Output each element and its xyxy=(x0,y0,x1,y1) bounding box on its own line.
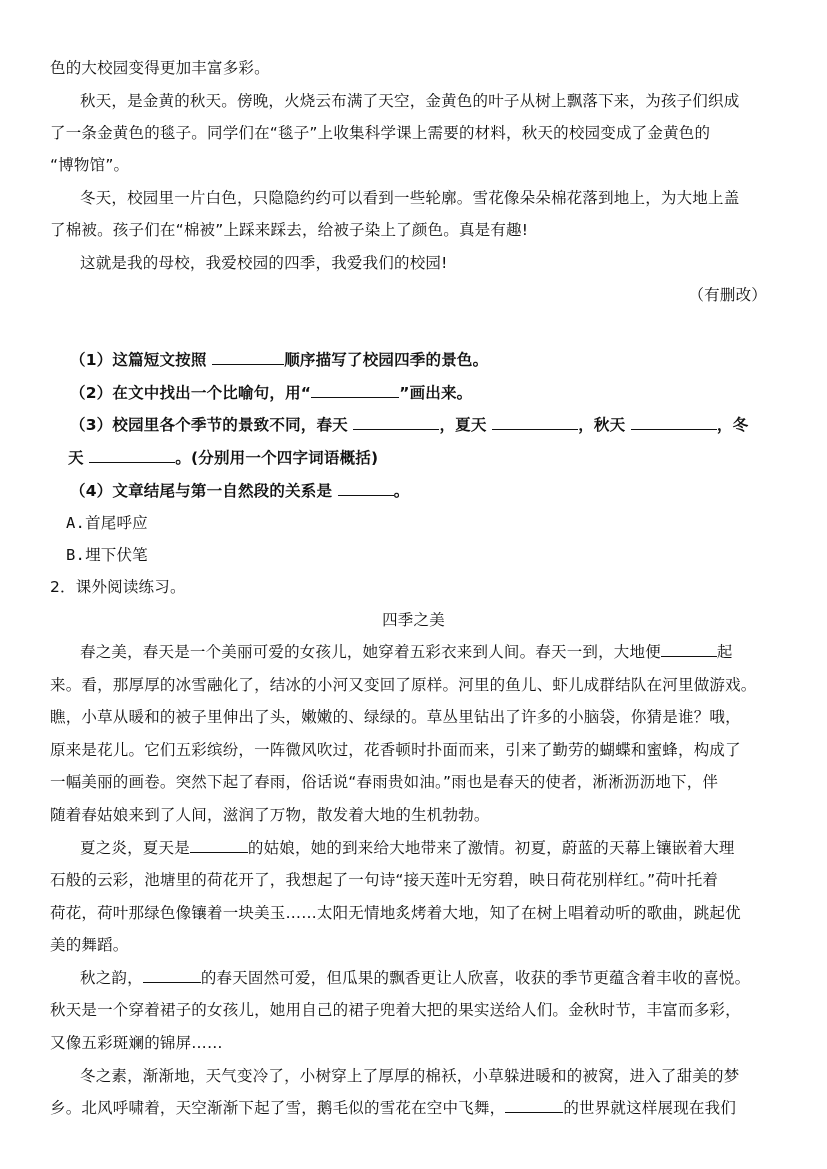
autumn-paragraph: 秋之韵，的春天固然可爱，但瓜果的飘香更让人欣喜，收获的季节更蕴含着丰收的喜悦。 xyxy=(80,968,780,988)
passage-title: 四季之美 xyxy=(0,610,827,630)
summer-paragraph: 夏之炎，夏天是的姑娘，她的到来给大地带来了激情。初夏，蔚蓝的天幕上镶嵌着大理 xyxy=(80,838,780,858)
answer-blank-summer[interactable] xyxy=(492,415,578,430)
passage-line: 了一条金黄色的毯子。同学们在“毯子”上收集科学课上需要的材料，秋天的校园变成了金… xyxy=(50,123,780,143)
question-4: （4）文章结尾与第一自然段的关系是 。 xyxy=(70,481,800,501)
question-3-cont: 天 。(分别用一个四字词语概括) xyxy=(68,448,798,468)
question-text: （2）在文中找出一个比喻句，用“ xyxy=(70,384,311,402)
option-a[interactable]: A.首尾呼应 xyxy=(66,513,796,533)
question-text: ，秋天 xyxy=(578,416,631,434)
passage-line: “博物馆”。 xyxy=(50,155,780,175)
question-text: 。 xyxy=(394,482,410,500)
passage-line: 色的大校园变得更加丰富多彩。 xyxy=(50,58,780,78)
document-page: 色的大校园变得更加丰富多彩。 秋天，是金黄的秋天。傍晚，火烧云布满了天空，金黄色… xyxy=(0,0,827,1169)
source-note: （有删改） xyxy=(688,285,767,305)
exercise-heading: 2．课外阅读练习。 xyxy=(50,577,780,597)
passage-line: 原来是花儿。它们五彩缤纷，一阵微风吹过，花香顿时扑面而来，引来了勤劳的蝴蝶和蜜蜂… xyxy=(50,740,780,760)
passage-line: 了棉被。孩子们在“棉被”上踩来踩去，给被子染上了颜色。真是有趣! xyxy=(50,220,780,240)
question-3: （3）校园里各个季节的景致不同，春天 ，夏天 ，秋天 ，冬 xyxy=(70,415,800,435)
passage-text: 的姑娘，她的到来给大地带来了激情。初夏，蔚蓝的天幕上镶嵌着大理 xyxy=(248,839,735,857)
answer-blank-autumn[interactable] xyxy=(631,415,717,430)
passage-line: 冬天，校园里一片白色，只隐隐约约可以看到一些轮廓。雪花像朵朵棉花落到地上，为大地… xyxy=(80,188,780,208)
passage-text: 夏之炎，夏天是 xyxy=(80,839,190,857)
answer-blank-spring[interactable] xyxy=(353,415,439,430)
passage-text: 起 xyxy=(717,643,733,661)
passage-text: 乡。北风呼啸着，天空渐渐下起了雪，鹅毛似的雪花在空中飞舞， xyxy=(50,1099,505,1117)
answer-blank[interactable] xyxy=(311,383,399,398)
answer-blank[interactable] xyxy=(661,642,717,657)
passage-line: 一幅美丽的画卷。突然下起了春雨，俗话说“春雨贵如油。”雨也是春天的使者，淅淅沥沥… xyxy=(50,772,780,792)
question-text: ，冬 xyxy=(717,416,748,434)
passage-text: 春之美，春天是一个美丽可爱的女孩儿，她穿着五彩衣来到人间。春天一到，大地便 xyxy=(80,643,661,661)
passage-line: 来。看，那厚厚的冰雪融化了，结冰的小河又变回了原样。河里的鱼儿、虾儿成群结队在河… xyxy=(50,675,780,695)
answer-blank[interactable] xyxy=(143,968,201,983)
question-text: 。(分别用一个四字词语概括) xyxy=(175,449,378,467)
answer-blank[interactable] xyxy=(505,1098,563,1113)
passage-line: 秋天是一个穿着裙子的女孩儿，她用自己的裙子兜着大把的果实送给人们。金秋时节，丰富… xyxy=(50,1000,780,1020)
passage-line: 这就是我的母校，我爱校园的四季，我爱我们的校园! xyxy=(80,253,780,273)
question-text: 天 xyxy=(68,449,89,467)
passage-line: 瞧，小草从暖和的被子里伸出了头，嫩嫩的、绿绿的。草丛里钻出了许多的小脑袋，你猜是… xyxy=(50,707,780,727)
answer-blank[interactable] xyxy=(212,350,284,365)
passage-line: 秋天，是金黄的秋天。傍晚，火烧云布满了天空，金黄色的叶子从树上飘落下来，为孩子们… xyxy=(80,91,780,111)
passage-text: 秋之韵， xyxy=(80,969,143,987)
question-text: ”画出来。 xyxy=(399,384,472,402)
answer-blank[interactable] xyxy=(190,838,248,853)
passage-line: 随着春姑娘来到了人间，滋润了万物，散发着大地的生机勃勃。 xyxy=(50,805,780,825)
passage-line: 冬之素，渐渐地，天气变冷了，小树穿上了厚厚的棉袄，小草躲进暖和的被窝，进入了甜美… xyxy=(80,1066,780,1086)
question-text: （4）文章结尾与第一自然段的关系是 xyxy=(70,482,338,500)
question-text: 顺序描写了校园四季的景色。 xyxy=(284,351,488,369)
passage-line: 又像五彩斑斓的锦屏…… xyxy=(50,1033,780,1053)
question-2: （2）在文中找出一个比喻句，用“”画出来。 xyxy=(70,383,800,403)
question-1: （1）这篇短文按照 顺序描写了校园四季的景色。 xyxy=(70,350,800,370)
question-text: （3）校园里各个季节的景致不同，春天 xyxy=(70,416,353,434)
passage-line: 荷花，荷叶那绿色像镶着一块美玉……太阳无情地炙烤着大地，知了在树上唱着动听的歌曲… xyxy=(50,903,780,923)
answer-blank[interactable] xyxy=(338,481,394,496)
question-text: （1）这篇短文按照 xyxy=(70,351,212,369)
spring-paragraph: 春之美，春天是一个美丽可爱的女孩儿，她穿着五彩衣来到人间。春天一到，大地便起 xyxy=(80,642,780,662)
passage-text: 的春天固然可爱，但瓜果的飘香更让人欣喜，收获的季节更蕴含着丰收的喜悦。 xyxy=(201,969,751,987)
winter-paragraph-cont: 乡。北风呼啸着，天空渐渐下起了雪，鹅毛似的雪花在空中飞舞，的世界就这样展现在我们 xyxy=(50,1098,780,1118)
option-b[interactable]: B.埋下伏笔 xyxy=(66,545,796,565)
answer-blank-winter[interactable] xyxy=(89,448,175,463)
passage-line: 石般的云彩，池塘里的荷花开了，我想起了一句诗“接天莲叶无穷碧，映日荷花别样红。”… xyxy=(50,870,780,890)
passage-line: 美的舞蹈。 xyxy=(50,935,780,955)
passage-text: 的世界就这样展现在我们 xyxy=(563,1099,736,1117)
question-text: ，夏天 xyxy=(439,416,492,434)
